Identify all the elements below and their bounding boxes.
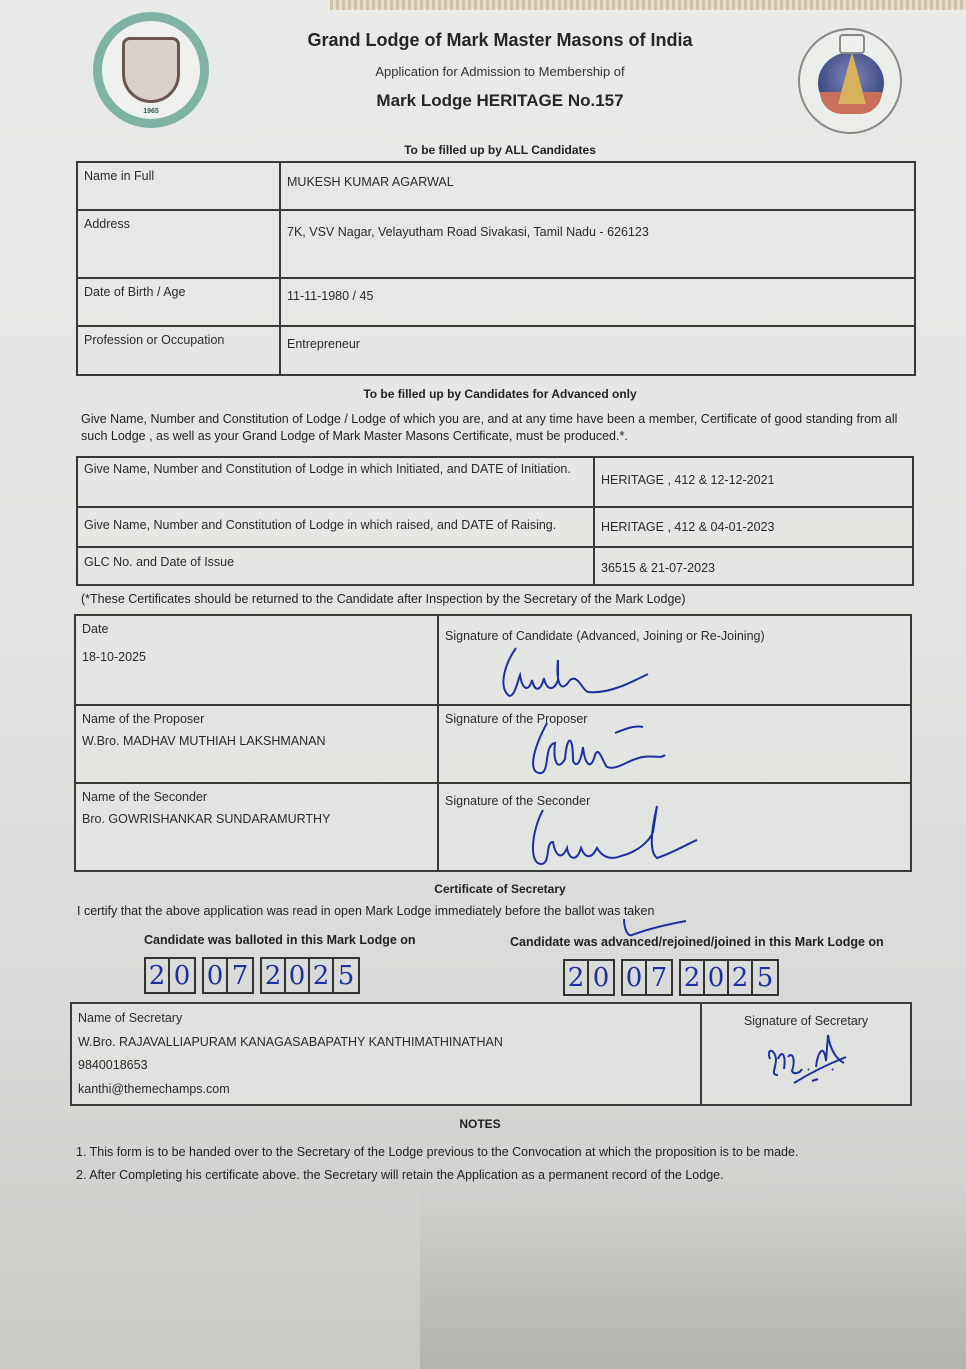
advanced-instructions: Give Name, Number and Constitution of Lo…	[81, 411, 911, 445]
lodge-title: Mark Lodge HERITAGE No.157	[0, 91, 966, 111]
digit-box[interactable]: 2	[565, 961, 589, 994]
digit-box[interactable]: 0	[589, 961, 613, 994]
table-row: Address 7K, VSV Nagar, Velayutham Road S…	[78, 211, 914, 279]
advanced-day[interactable]: 2 0	[563, 959, 615, 996]
note-item: 1. This form is to be handed over to the…	[76, 1145, 798, 1159]
digit-box[interactable]: 0	[170, 959, 194, 992]
notes-title: NOTES	[0, 1117, 966, 1131]
digit-box[interactable]: 5	[334, 959, 358, 992]
lodge-history-table: Give Name, Number and Constitution of Lo…	[76, 456, 914, 586]
note-item: 2. After Completing his certificate abov…	[76, 1168, 724, 1182]
digit-box[interactable]: 2	[146, 959, 170, 992]
initiation-field[interactable]: HERITAGE , 412 & 12-12-2021	[595, 458, 912, 506]
row-label: Give Name, Number and Constitution of Lo…	[78, 458, 595, 506]
section-all-candidates-title: To be filled up by ALL Candidates	[0, 143, 966, 157]
proposer-signature-icon	[525, 715, 675, 782]
digit-box[interactable]: 2	[729, 961, 753, 994]
digit-box[interactable]: 7	[647, 961, 671, 994]
table-row: Give Name, Number and Constitution of Lo…	[78, 508, 912, 548]
seconder-cell: Name of the Seconder Bro. GOWRISHANKAR S…	[76, 784, 439, 870]
table-row: Name in Full MUKESH KUMAR AGARWAL	[78, 163, 914, 211]
advanced-label: Candidate was advanced/rejoined/joined i…	[510, 935, 884, 949]
digit-box[interactable]: 0	[204, 959, 228, 992]
signatures-table: Date 18-10-2025 Signature of Candidate (…	[74, 614, 912, 872]
seconder-signature-icon	[525, 802, 705, 877]
certificate-statement: I certify that the above application was…	[77, 904, 654, 918]
seconder-name[interactable]: Bro. GOWRISHANKAR SUNDARAMURTHY	[82, 812, 431, 826]
secretary-name[interactable]: W.Bro. RAJAVALLIAPURAM KANAGASABAPATHY K…	[78, 1031, 694, 1055]
row-label: Date of Birth / Age	[78, 279, 281, 325]
proposer-label: Name of the Proposer	[82, 712, 204, 726]
balloted-date-boxes[interactable]: 2 0 0 7 2 0 2 5	[144, 957, 360, 994]
proposer-cell: Name of the Proposer W.Bro. MADHAV MUTHI…	[76, 706, 439, 782]
table-row: GLC No. and Date of Issue 36515 & 21-07-…	[78, 548, 912, 584]
date-value[interactable]: 18-10-2025	[82, 650, 431, 664]
row-label: Profession or Occupation	[78, 327, 281, 374]
advanced-year[interactable]: 2 0 2 5	[679, 959, 779, 996]
balloted-label: Candidate was balloted in this Mark Lodg…	[144, 933, 416, 947]
date-cell: Date 18-10-2025	[76, 616, 439, 704]
advanced-month[interactable]: 0 7	[621, 959, 673, 996]
row-label: Address	[78, 211, 281, 277]
glc-field[interactable]: 36515 & 21-07-2023	[595, 548, 912, 584]
secretary-signature-icon	[764, 1025, 854, 1095]
candidate-signature-icon	[498, 640, 658, 705]
digit-box[interactable]: 2	[262, 959, 286, 992]
secretary-details-cell: Name of Secretary W.Bro. RAJAVALLIAPURAM…	[72, 1004, 702, 1104]
digit-box[interactable]: 0	[286, 959, 310, 992]
digit-box[interactable]: 0	[705, 961, 729, 994]
advanced-date-boxes[interactable]: 2 0 0 7 2 0 2 5	[563, 959, 779, 996]
date-label: Date	[82, 622, 108, 636]
certificate-footnote: (*These Certificates should be returned …	[81, 592, 686, 606]
digit-box[interactable]: 7	[228, 959, 252, 992]
full-name-field[interactable]: MUKESH KUMAR AGARWAL	[281, 163, 914, 209]
org-title: Grand Lodge of Mark Master Masons of Ind…	[0, 30, 966, 51]
form-subtitle: Application for Admission to Membership …	[0, 64, 966, 79]
table-row: Name of the Proposer W.Bro. MADHAV MUTHI…	[76, 706, 910, 784]
balloted-year[interactable]: 2 0 2 5	[260, 957, 360, 994]
secretary-name-label: Name of Secretary	[78, 1007, 694, 1031]
secretary-phone[interactable]: 9840018653	[78, 1054, 694, 1078]
secretary-email[interactable]: kanthi@themechamps.com	[78, 1078, 694, 1102]
section-advanced-title: To be filled up by Candidates for Advanc…	[0, 387, 966, 401]
dob-age-field[interactable]: 11-11-1980 / 45	[281, 279, 914, 325]
table-row: Name of the Seconder Bro. GOWRISHANKAR S…	[76, 784, 910, 870]
balloted-day[interactable]: 2 0	[144, 957, 196, 994]
digit-box[interactable]: 2	[310, 959, 334, 992]
digit-box[interactable]: 0	[623, 961, 647, 994]
raising-field[interactable]: HERITAGE , 412 & 04-01-2023	[595, 508, 912, 546]
candidate-details-table: Name in Full MUKESH KUMAR AGARWAL Addres…	[76, 161, 916, 376]
table-row: Profession or Occupation Entrepreneur	[78, 327, 914, 374]
digit-box[interactable]: 2	[681, 961, 705, 994]
row-label: Give Name, Number and Constitution of Lo…	[78, 508, 595, 546]
table-row: Date 18-10-2025 Signature of Candidate (…	[76, 616, 910, 706]
digit-box[interactable]: 5	[753, 961, 777, 994]
proposer-name[interactable]: W.Bro. MADHAV MUTHIAH LAKSHMANAN	[82, 734, 431, 748]
table-row: Date of Birth / Age 11-11-1980 / 45	[78, 279, 914, 327]
row-label: Name in Full	[78, 163, 281, 209]
balloted-month[interactable]: 0 7	[202, 957, 254, 994]
occupation-field[interactable]: Entrepreneur	[281, 327, 914, 374]
certificate-title: Certificate of Secretary	[0, 882, 966, 896]
seconder-label: Name of the Seconder	[82, 790, 207, 804]
table-row: Give Name, Number and Constitution of Lo…	[78, 458, 912, 508]
address-field[interactable]: 7K, VSV Nagar, Velayutham Road Sivakasi,…	[281, 211, 914, 277]
row-label: GLC No. and Date of Issue	[78, 548, 595, 584]
paper-edge	[330, 0, 966, 10]
